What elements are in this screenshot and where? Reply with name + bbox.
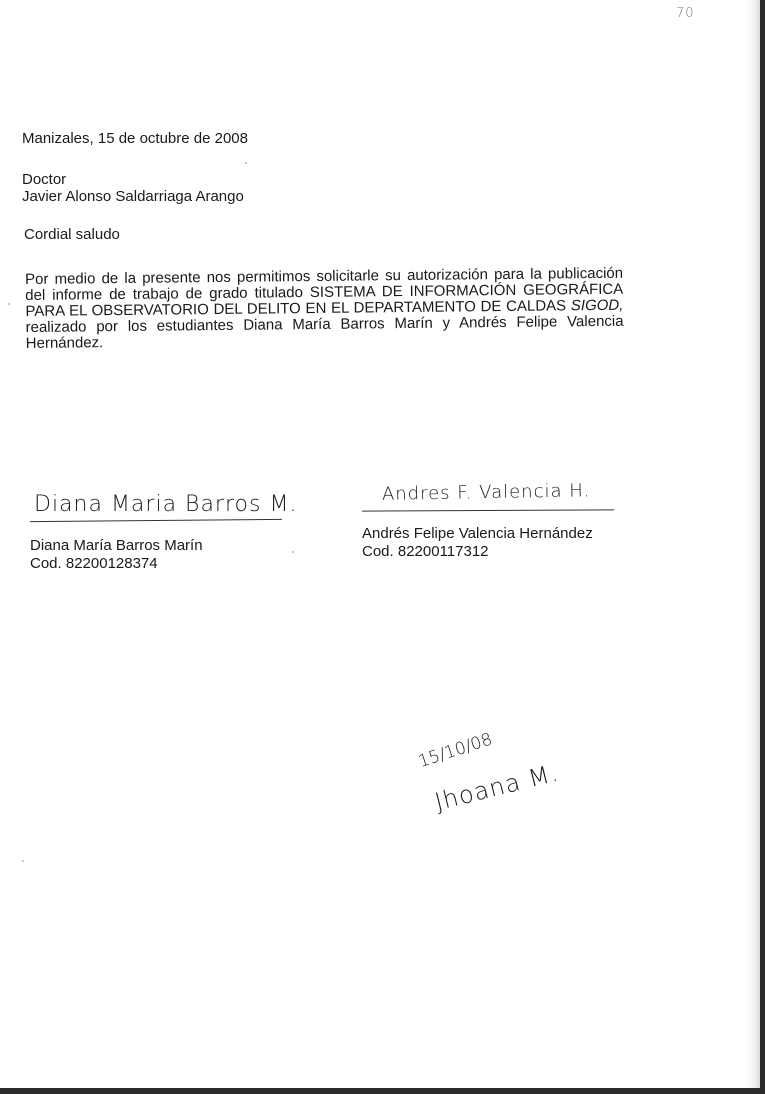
recipient-block: Doctor Javier Alonso Saldarriaga Arango [22, 171, 244, 205]
signature-line [30, 519, 282, 522]
scan-edge-shadow [746, 0, 760, 1088]
recipient-name: Javier Alonso Saldarriaga Arango [22, 188, 244, 205]
body-text-part1: Por medio de la presente nos permitimos … [25, 265, 623, 320]
handwritten-page-number: 70 [676, 6, 695, 21]
scanned-letter-page: 70 Manizales, 15 de octubre de 2008 Doct… [0, 0, 760, 1088]
scan-bottom-border [0, 1088, 765, 1094]
body-text-part2: realizado por los estudiantes Diana Marí… [25, 313, 623, 352]
signatory-code: Cod. 82200128374 [30, 555, 290, 573]
signature-block-diana: Diana Maria Barros M. Diana María Barros… [30, 492, 290, 573]
approval-annotation: 15/10/08 Jhoana M. [410, 745, 570, 845]
body-paragraph: Por medio de la presente nos permitimos … [25, 266, 624, 352]
recipient-title: Doctor [22, 171, 244, 188]
signatory-name: Diana María Barros Marín [30, 537, 290, 555]
scan-speck [8, 303, 10, 305]
approval-date: 15/10/08 [416, 729, 495, 772]
date-line: Manizales, 15 de octubre de 2008 [22, 130, 248, 147]
signature-block-andres: Andres F. Valencia H. Andrés Felipe Vale… [362, 482, 617, 561]
handwritten-signature: Diana Maria Barros M. [30, 492, 290, 518]
signatory-code: Cod. 82200117312 [362, 543, 617, 561]
signatory-name: Andrés Felipe Valencia Hernández [362, 525, 617, 543]
scan-speck [22, 860, 24, 862]
greeting: Cordial saludo [24, 226, 120, 243]
project-acronym: SIGOD, [571, 297, 624, 315]
signature-line [362, 509, 614, 511]
scan-speck [292, 551, 294, 553]
scan-speck [245, 162, 247, 164]
handwritten-signature: Andres F. Valencia H. [362, 480, 617, 510]
approval-signature: Jhoana M. [432, 758, 562, 816]
